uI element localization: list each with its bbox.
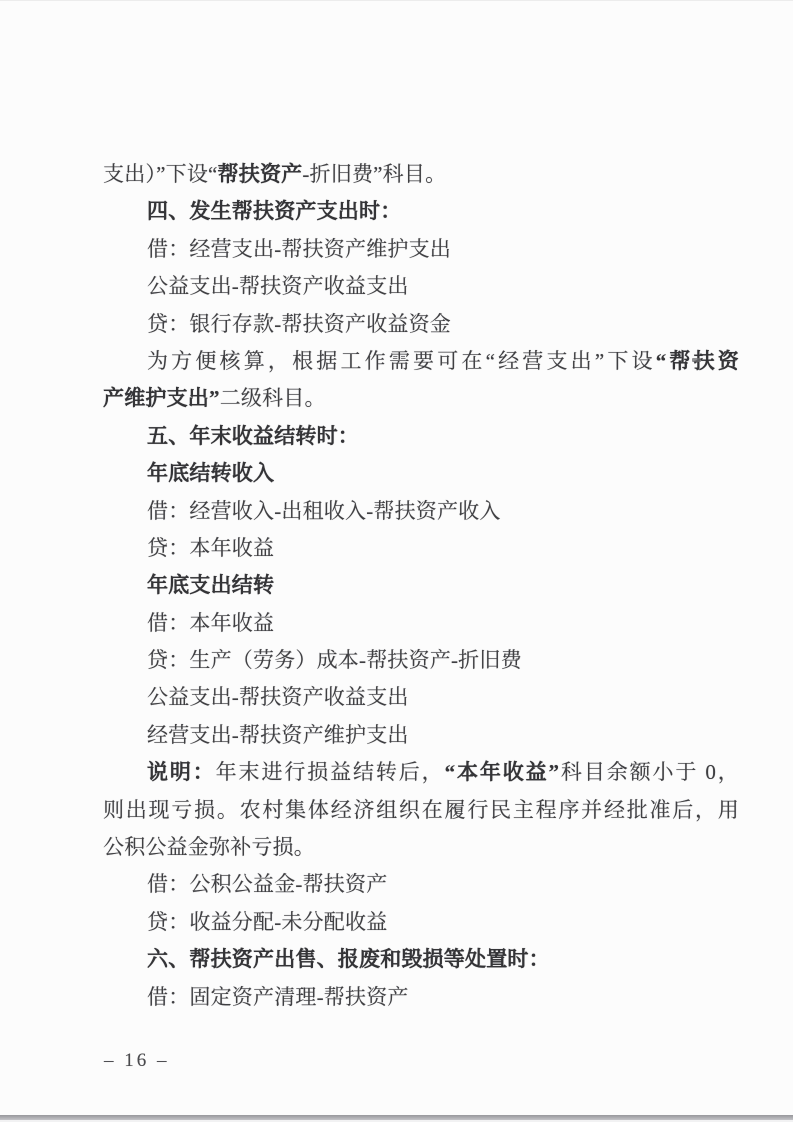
text-segment: 借：固定资产清理-帮扶资产 (147, 985, 409, 1009)
text-line: 六、帮扶资产出售、报废和毁损等处置时： (103, 941, 739, 978)
text-segment: 贷：生产（劳务）成本-帮扶资产-折旧费 (147, 648, 522, 672)
text-segment: 贷：本年收益 (147, 536, 274, 560)
text-segment: 科目余额小于 0， (559, 760, 739, 784)
text-segment-bold: 五、年末收益结转时： (147, 424, 359, 448)
text-line: 公益支出-帮扶资产收益支出 (103, 268, 739, 305)
text-line: 说明：年末进行损益结转后，“本年收益”科目余额小于 0， (103, 754, 739, 791)
text-segment: 为方便核算，根据工作需要可在“经营支出”下设 (147, 349, 656, 373)
text-line: 借：本年收益 (103, 605, 739, 642)
text-line: 四、发生帮扶资产支出时： (103, 193, 739, 230)
text-line: 公积公益金弥补亏损。 (103, 829, 739, 866)
text-segment: 借：经营收入-出租收入-帮扶资产收入 (147, 499, 501, 523)
text-segment-bold: 帮扶资产 (218, 162, 303, 186)
text-line: 年底支出结转 (103, 567, 739, 604)
scanned-page: 支出）”下设“帮扶资产-折旧费”科目。四、发生帮扶资产支出时：借：经营支出-帮扶… (0, 0, 793, 1122)
text-line: 五、年末收益结转时： (103, 418, 739, 455)
text-segment-bold: 产维护支出” (103, 386, 220, 410)
text-segment: 经营支出-帮扶资产维护支出 (147, 723, 409, 747)
text-line: 支出）”下设“帮扶资产-折旧费”科目。 (103, 156, 739, 193)
text-line: 产维护支出”二级科目。 (103, 380, 739, 417)
text-line: 借：经营收入-出租收入-帮扶资产收入 (103, 493, 739, 530)
page-number: – 16 – (104, 1047, 170, 1075)
text-segment: 贷：银行存款-帮扶资产收益资金 (147, 312, 451, 336)
text-line: 借：经营支出-帮扶资产维护支出 (103, 231, 739, 268)
text-segment: 公益支出-帮扶资产收益支出 (147, 274, 409, 298)
text-segment-bold: 年底结转收入 (147, 461, 274, 485)
text-segment: 则出现亏损。农村集体经济组织在履行民主程序并经批准后，用 (103, 798, 739, 822)
text-segment-bold: “本年收益” (445, 760, 560, 784)
text-segment: -折旧费”科目。 (302, 162, 446, 186)
text-line: 借：公积公益金-帮扶资产 (103, 866, 739, 903)
text-segment: 二级科目。 (220, 386, 326, 410)
text-segment: 公益支出-帮扶资产收益支出 (147, 685, 409, 709)
text-line: 借：固定资产清理-帮扶资产 (103, 979, 739, 1016)
text-segment: 借：经营支出-帮扶资产维护支出 (147, 237, 451, 261)
text-line: 贷：生产（劳务）成本-帮扶资产-折旧费 (103, 642, 739, 679)
text-line: 为方便核算，根据工作需要可在“经营支出”下设“帮扶资 (103, 343, 739, 380)
text-segment-bold: 六、帮扶资产出售、报废和毁损等处置时： (147, 947, 550, 971)
text-line: 公益支出-帮扶资产收益支出 (103, 679, 739, 716)
text-segment: 年末进行损益结转后， (216, 760, 445, 784)
scan-artifact-dash (692, 358, 701, 362)
text-segment: 公积公益金弥补亏损。 (103, 835, 315, 859)
text-line: 年底结转收入 (103, 455, 739, 492)
text-segment: 支出）”下设“ (103, 162, 218, 186)
document-body: 支出）”下设“帮扶资产-折旧费”科目。四、发生帮扶资产支出时：借：经营支出-帮扶… (103, 156, 739, 1016)
text-line: 贷：银行存款-帮扶资产收益资金 (103, 306, 739, 343)
text-segment: 借：本年收益 (147, 611, 274, 635)
text-line: 贷：收益分配-未分配收益 (103, 904, 739, 941)
text-line: 经营支出-帮扶资产维护支出 (103, 717, 739, 754)
text-line: 贷：本年收益 (103, 530, 739, 567)
text-line: 则出现亏损。农村集体经济组织在履行民主程序并经批准后，用 (103, 792, 739, 829)
text-segment-bold: 说明： (147, 760, 216, 784)
text-segment: 贷：收益分配-未分配收益 (147, 910, 387, 934)
text-segment-bold: 四、发生帮扶资产支出时： (147, 199, 401, 223)
text-segment-bold: 年底支出结转 (147, 573, 274, 597)
text-segment: 借：公积公益金-帮扶资产 (147, 872, 387, 896)
scan-top-edge (0, 0, 793, 1)
